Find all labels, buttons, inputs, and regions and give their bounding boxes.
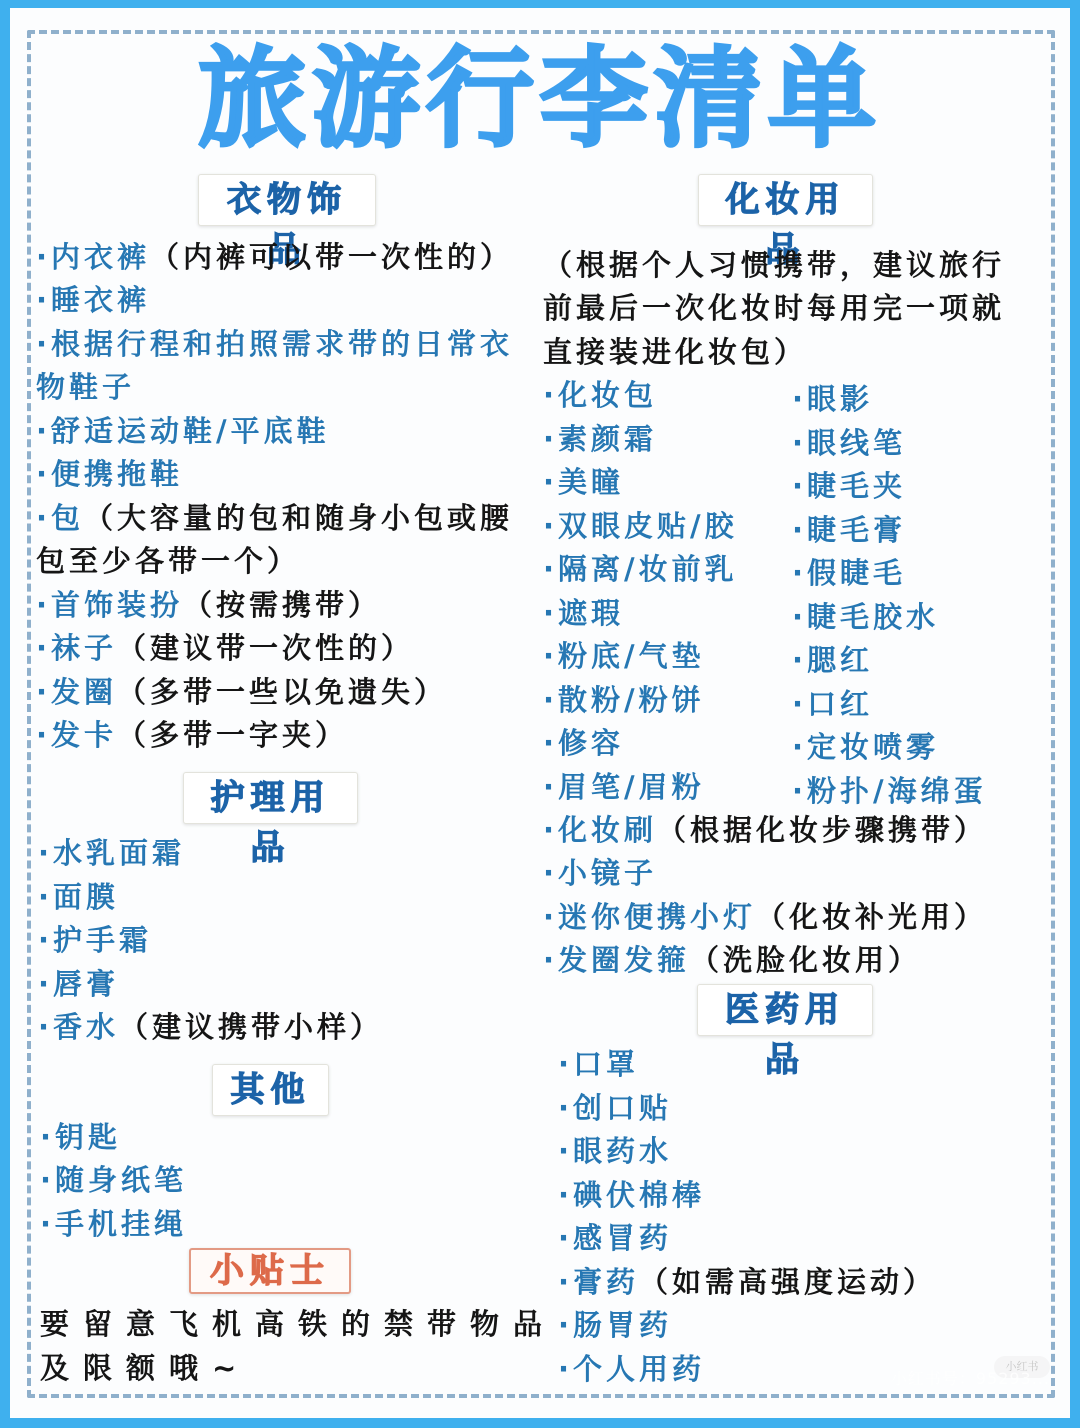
- list-item: ·舒适运动鞋/平底鞋: [36, 410, 330, 454]
- list-item: ·散粉/粉饼: [543, 679, 705, 723]
- list-item: ·发卡（多带一字夹）: [36, 714, 348, 758]
- section-heading-makeup: 化妆用品: [698, 174, 873, 226]
- list-item: ·粉扑/海绵蛋: [792, 770, 987, 814]
- list-item: ·手机挂绳: [40, 1203, 187, 1247]
- intro-line: 直接装进化妆包）: [543, 331, 807, 375]
- list-item: ·眼线笔: [792, 422, 906, 466]
- list-item: ·面膜: [38, 876, 119, 920]
- list-item: ·创口贴: [558, 1087, 672, 1131]
- list-item: ·唇膏: [38, 963, 119, 1007]
- list-item: ·随身纸笔: [40, 1159, 187, 1203]
- section-heading-clothing: 衣物饰品: [198, 174, 376, 226]
- intro-line: 前最后一次化妆时每用完一项就: [543, 287, 1005, 331]
- list-item: ·睡衣裤: [36, 279, 150, 323]
- list-item: ·口红: [792, 683, 873, 727]
- tip-line: 要留意飞机高铁的禁带物品: [40, 1303, 556, 1347]
- list-item: ·内衣裤（内裤可以带一次性的）: [36, 236, 513, 280]
- list-item: ·口罩: [558, 1043, 639, 1087]
- list-item: ·迷你便携小灯（化妆补光用）: [543, 896, 987, 940]
- list-item: ·睫毛胶水: [792, 596, 939, 640]
- list-item: ·假睫毛: [792, 552, 906, 596]
- list-item: ·碘伏棉棒: [558, 1174, 705, 1218]
- section-heading-tips: 小贴士: [189, 1248, 351, 1294]
- list-item-continued: 物鞋子: [36, 366, 135, 410]
- list-item: ·眉笔/眉粉: [543, 766, 705, 810]
- list-item: ·便携拖鞋: [36, 453, 183, 497]
- list-item: ·香水（建议携带小样）: [38, 1006, 383, 1050]
- tip-line: 及限额哦~: [40, 1347, 250, 1391]
- list-item: ·美瞳: [543, 461, 624, 505]
- intro-line: （根据个人习惯携带，建议旅行: [543, 244, 1005, 288]
- section-heading-other: 其他: [212, 1064, 329, 1116]
- list-item: ·肠胃药: [558, 1304, 672, 1348]
- list-item: ·化妆刷（根据化妆步骤携带）: [543, 809, 987, 853]
- list-item: ·发圈发箍（洗脸化妆用）: [543, 939, 921, 983]
- list-item: ·个人用药: [558, 1348, 705, 1392]
- list-item: ·眼影: [792, 378, 873, 422]
- list-item: ·睫毛夹: [792, 465, 906, 509]
- list-item: ·钥匙: [40, 1116, 121, 1160]
- list-item: ·根据行程和拍照需求带的日常衣: [36, 323, 513, 367]
- section-heading-care: 护理用品: [183, 772, 358, 824]
- list-item-continued: 包至少各带一个）: [36, 540, 300, 584]
- list-item: ·修容: [543, 722, 624, 766]
- list-item: ·眼药水: [558, 1130, 672, 1174]
- list-item: ·小镜子: [543, 852, 657, 896]
- list-item: ·腮红: [792, 639, 873, 683]
- page-title: 旅游行李清单: [0, 40, 1080, 160]
- list-item: ·素颜霜: [543, 418, 657, 462]
- list-item: ·首饰装扮（按需携带）: [36, 584, 381, 628]
- watermark-text: 小红书号：95293...: [891, 1366, 1050, 1389]
- list-item: ·化妆包: [543, 374, 657, 418]
- list-item: ·感冒药: [558, 1217, 672, 1261]
- list-item: ·隔离/妆前乳: [543, 548, 738, 592]
- list-item: ·定妆喷雾: [792, 726, 939, 770]
- list-item: ·袜子（建议带一次性的）: [36, 627, 414, 671]
- list-item: ·护手霜: [38, 919, 152, 963]
- list-item: ·遮瑕: [543, 592, 624, 636]
- list-item: ·水乳面霜: [38, 832, 185, 876]
- list-item: ·粉底/气垫: [543, 635, 705, 679]
- list-item: ·包（大容量的包和随身小包或腰: [36, 497, 513, 541]
- list-item: ·双眼皮贴/胶: [543, 505, 738, 549]
- list-item: ·发圈（多带一些以免遗失）: [36, 671, 447, 715]
- list-item: ·膏药（如需高强度运动）: [558, 1261, 936, 1305]
- section-heading-medical: 医药用品: [697, 984, 873, 1036]
- list-item: ·睫毛膏: [792, 509, 906, 553]
